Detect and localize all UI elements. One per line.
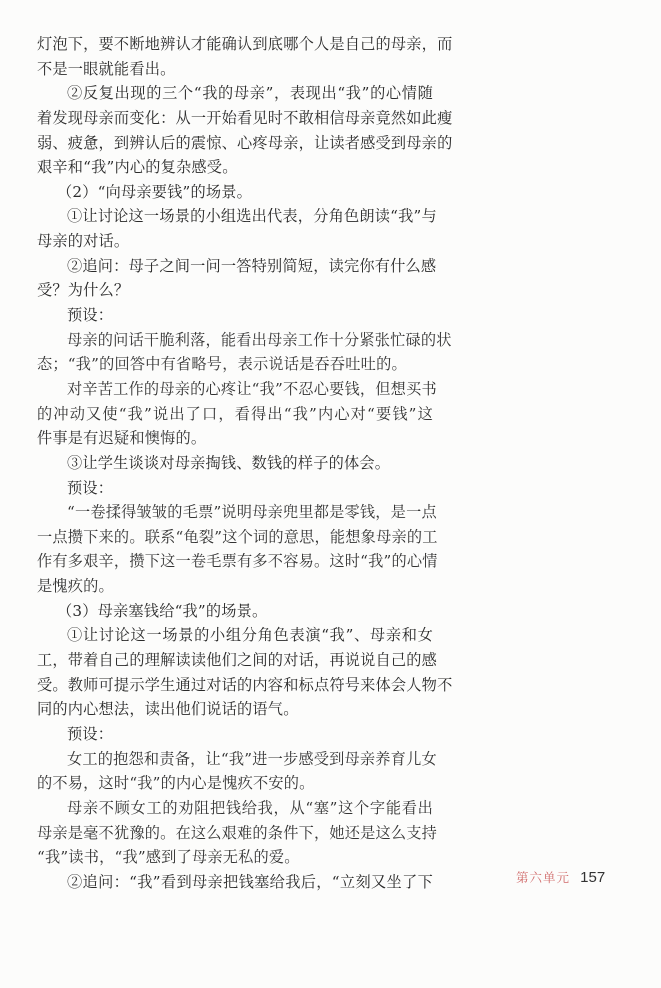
text-line: 预设： [37,722,433,747]
text-line: 灯泡下，要不断地辨认才能确认到底哪个人是自己的母亲，而 [37,32,433,57]
text-line: （3）母亲塞钱给“我”的场景。 [37,599,433,624]
text-line: 预设： [37,303,433,328]
text-line: 工，带着自己的理解读读他们之间的对话，再说说自己的感 [37,648,433,673]
text-line: （2）“向母亲要钱”的场景。 [37,180,433,205]
text-line: 受？为什么？ [37,278,433,303]
unit-label: 第六单元 [516,870,570,885]
text-line: 母亲是毫不犹豫的。在这么艰难的条件下，她还是这么支持 [37,821,433,846]
text-line: 着发现母亲而变化：从一开始看见时不敢相信母亲竟然如此瘦 [37,106,433,131]
page-body: 灯泡下，要不断地辨认才能确认到底哪个人是自己的母亲，而不是一眼就能看出。②反复出… [37,32,433,894]
text-line: 是愧疚的。 [37,574,433,599]
text-line: 的冲动又使“我”说出了口，看得出“我”内心对“要钱”这 [37,402,433,427]
text-line: 的不易，这时“我”的内心是愧疚不安的。 [37,771,433,796]
text-line: ①让讨论这一场景的小组分角色表演“我”、母亲和女 [37,623,433,648]
text-line: 母亲不顾女工的劝阻把钱给我，从“塞”这个字能看出 [37,796,433,821]
text-line: 态；“我”的回答中有省略号，表示说话是吞吞吐吐的。 [37,352,433,377]
page-number: 157 [580,869,605,886]
text-line: 件事是有迟疑和懊悔的。 [37,426,433,451]
page-footer: 第六单元 157 [516,868,605,886]
text-line: 母亲的对话。 [37,229,433,254]
text-line: 女工的抱怨和责备，让“我”进一步感受到母亲养育儿女 [37,747,433,772]
text-line: 艰辛和“我”内心的复杂感受。 [37,155,433,180]
text-line: 预设： [37,476,433,501]
text-line: “一卷揉得皱皱的毛票”说明母亲兜里都是零钱，是一点 [37,500,433,525]
text-line: 同的内心想法，读出他们说话的语气。 [37,697,433,722]
text-line: ③让学生谈谈对母亲掏钱、数钱的样子的体会。 [37,451,433,476]
text-line: 一点攒下来的。联系“龟裂”这个词的意思，能想象母亲的工 [37,525,433,550]
text-line: ②追问：“我”看到母亲把钱塞给我后，“立刻又坐了下 [37,870,433,895]
text-line: 对辛苦工作的母亲的心疼让“我”不忍心要钱，但想买书 [37,377,433,402]
text-line: 弱、疲惫，到辨认后的震惊、心疼母亲，让读者感受到母亲的 [37,131,433,156]
text-line: 母亲的问话干脆利落，能看出母亲工作十分紧张忙碌的状 [37,328,433,353]
text-line: 受。教师可提示学生通过对话的内容和标点符号来体会人物不 [37,673,433,698]
text-line: 作有多艰辛，攒下这一卷毛票有多不容易。这时“我”的心情 [37,549,433,574]
text-line: ②追问：母子之间一问一答特别简短，读完你有什么感 [37,254,433,279]
text-line: ①让讨论这一场景的小组选出代表，分角色朗读“我”与 [37,204,433,229]
text-line: ②反复出现的三个“我的母亲”，表现出“我”的心情随 [37,81,433,106]
text-line: “我”读书，“我”感到了母亲无私的爱。 [37,845,433,870]
text-line: 不是一眼就能看出。 [37,57,433,82]
